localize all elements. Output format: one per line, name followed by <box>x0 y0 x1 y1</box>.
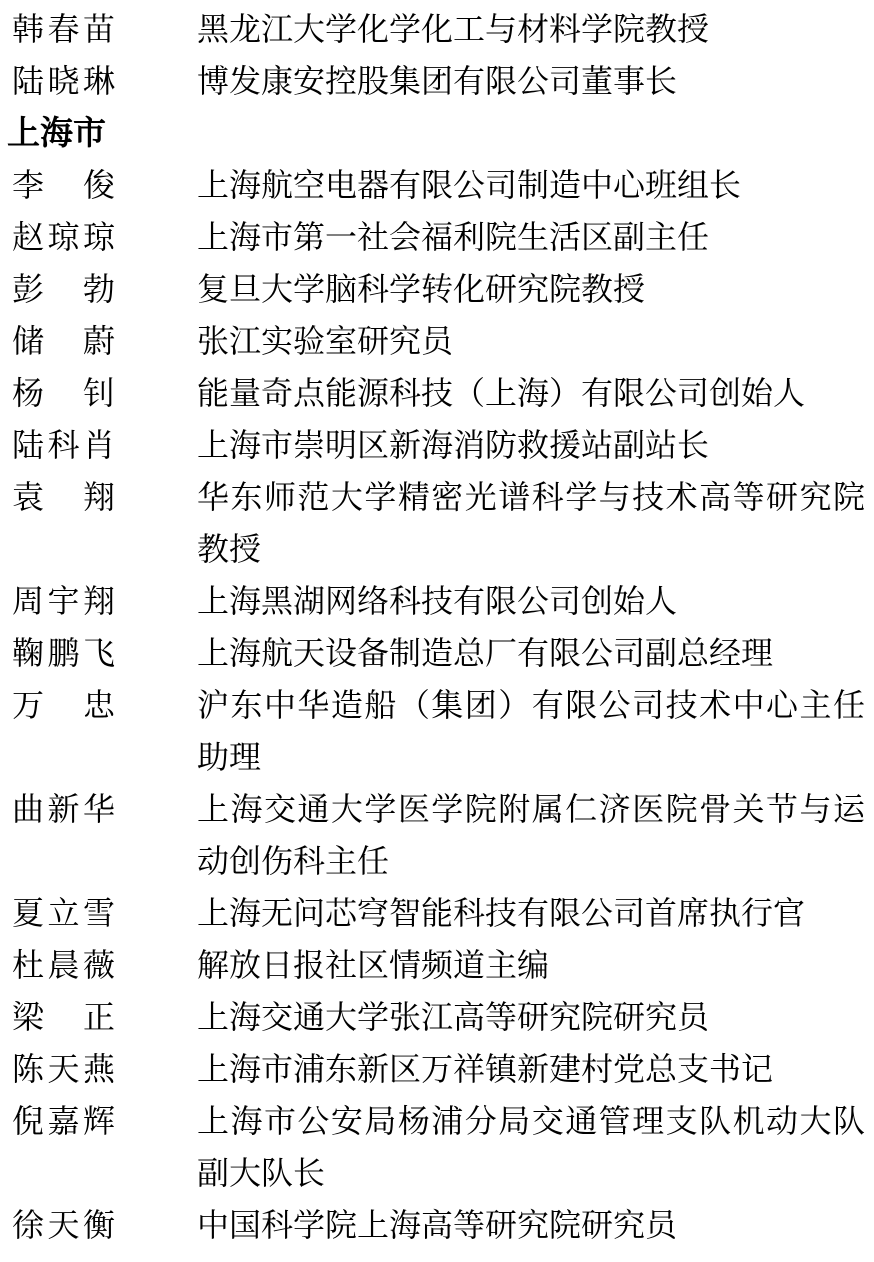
honoree-entry: 梁正 上海交通大学张江高等研究院研究员 <box>0 991 874 1043</box>
honoree-name: 韩春苗 <box>12 3 115 55</box>
honoree-entry: 彭勃 复旦大学脑科学转化研究院教授 <box>0 263 874 315</box>
honoree-title: 黑龙江大学化学化工与材料学院教授 <box>197 3 865 55</box>
honoree-title: 上海交通大学医学院附属仁济医院骨关节与运动创伤科主任 <box>197 783 865 887</box>
honoree-name: 袁翔 <box>12 471 115 523</box>
honoree-title: 沪东中华造船（集团）有限公司技术中心主任助理 <box>197 679 865 783</box>
honoree-entry: 徐天衡 中国科学院上海高等研究院研究员 <box>0 1199 874 1251</box>
honoree-title: 上海市浦东新区万祥镇新建村党总支书记 <box>197 1043 865 1095</box>
honoree-entry: 袁翔 华东师范大学精密光谱科学与技术高等研究院教授 <box>0 471 874 575</box>
honoree-name: 周宇翔 <box>12 575 115 627</box>
honoree-title: 上海市崇明区新海消防救援站副站长 <box>197 419 865 471</box>
honoree-entry: 陆晓琳 博发康安控股集团有限公司董事长 <box>0 55 874 107</box>
honoree-name: 梁正 <box>12 991 115 1043</box>
honorees-document-page: 韩春苗 黑龙江大学化学化工与材料学院教授 陆晓琳 博发康安控股集团有限公司董事长… <box>0 0 874 1251</box>
honoree-entry: 储蔚 张江实验室研究员 <box>0 315 874 367</box>
honoree-entry: 李俊 上海航空电器有限公司制造中心班组长 <box>0 159 874 211</box>
honoree-title: 上海市第一社会福利院生活区副主任 <box>197 211 865 263</box>
honoree-entry: 杜晨薇 解放日报社区情频道主编 <box>0 939 874 991</box>
honoree-name: 彭勃 <box>12 263 115 315</box>
honoree-entry: 曲新华 上海交通大学医学院附属仁济医院骨关节与运动创伤科主任 <box>0 783 874 887</box>
honoree-title: 上海无问芯穹智能科技有限公司首席执行官 <box>197 887 865 939</box>
honoree-name: 陆科肖 <box>12 419 115 471</box>
honoree-title: 中国科学院上海高等研究院研究员 <box>197 1199 865 1251</box>
honoree-entry: 陈天燕 上海市浦东新区万祥镇新建村党总支书记 <box>0 1043 874 1095</box>
honoree-name: 夏立雪 <box>12 887 115 939</box>
honoree-title: 复旦大学脑科学转化研究院教授 <box>197 263 865 315</box>
honoree-title: 上海交通大学张江高等研究院研究员 <box>197 991 865 1043</box>
honoree-title: 能量奇点能源科技（上海）有限公司创始人 <box>197 367 865 419</box>
honoree-name: 徐天衡 <box>12 1199 115 1251</box>
honoree-title: 上海航天设备制造总厂有限公司副总经理 <box>197 627 865 679</box>
honoree-entry: 周宇翔 上海黑湖网络科技有限公司创始人 <box>0 575 874 627</box>
honoree-entry: 赵琼琼 上海市第一社会福利院生活区副主任 <box>0 211 874 263</box>
honoree-title: 华东师范大学精密光谱科学与技术高等研究院教授 <box>197 471 865 575</box>
honoree-title: 解放日报社区情频道主编 <box>197 939 865 991</box>
honoree-entry: 韩春苗 黑龙江大学化学化工与材料学院教授 <box>0 3 874 55</box>
honoree-entry: 倪嘉辉 上海市公安局杨浦分局交通管理支队机动大队副大队长 <box>0 1095 874 1199</box>
honoree-name: 曲新华 <box>12 783 115 835</box>
honoree-name: 赵琼琼 <box>12 211 115 263</box>
honoree-title: 上海黑湖网络科技有限公司创始人 <box>197 575 865 627</box>
honoree-name: 陈天燕 <box>12 1043 115 1095</box>
honoree-entry: 万忠 沪东中华造船（集团）有限公司技术中心主任助理 <box>0 679 874 783</box>
honoree-title: 博发康安控股集团有限公司董事长 <box>197 55 865 107</box>
honoree-name: 杜晨薇 <box>12 939 115 991</box>
honoree-name: 李俊 <box>12 159 115 211</box>
honoree-entry: 陆科肖 上海市崇明区新海消防救援站副站长 <box>0 419 874 471</box>
honoree-name: 储蔚 <box>12 315 115 367</box>
honoree-title: 上海市公安局杨浦分局交通管理支队机动大队副大队长 <box>197 1095 865 1199</box>
honoree-name: 鞠鹏飞 <box>12 627 115 679</box>
honoree-name: 陆晓琳 <box>12 55 115 107</box>
section-heading-shanghai: 上海市 <box>7 107 874 159</box>
honoree-title: 上海航空电器有限公司制造中心班组长 <box>197 159 865 211</box>
honoree-entry: 鞠鹏飞 上海航天设备制造总厂有限公司副总经理 <box>0 627 874 679</box>
honoree-entry: 夏立雪 上海无问芯穹智能科技有限公司首席执行官 <box>0 887 874 939</box>
honoree-name: 倪嘉辉 <box>12 1095 115 1147</box>
honoree-entry: 杨钊 能量奇点能源科技（上海）有限公司创始人 <box>0 367 874 419</box>
honoree-name: 杨钊 <box>12 367 115 419</box>
honoree-title: 张江实验室研究员 <box>197 315 865 367</box>
honoree-name: 万忠 <box>12 679 115 731</box>
